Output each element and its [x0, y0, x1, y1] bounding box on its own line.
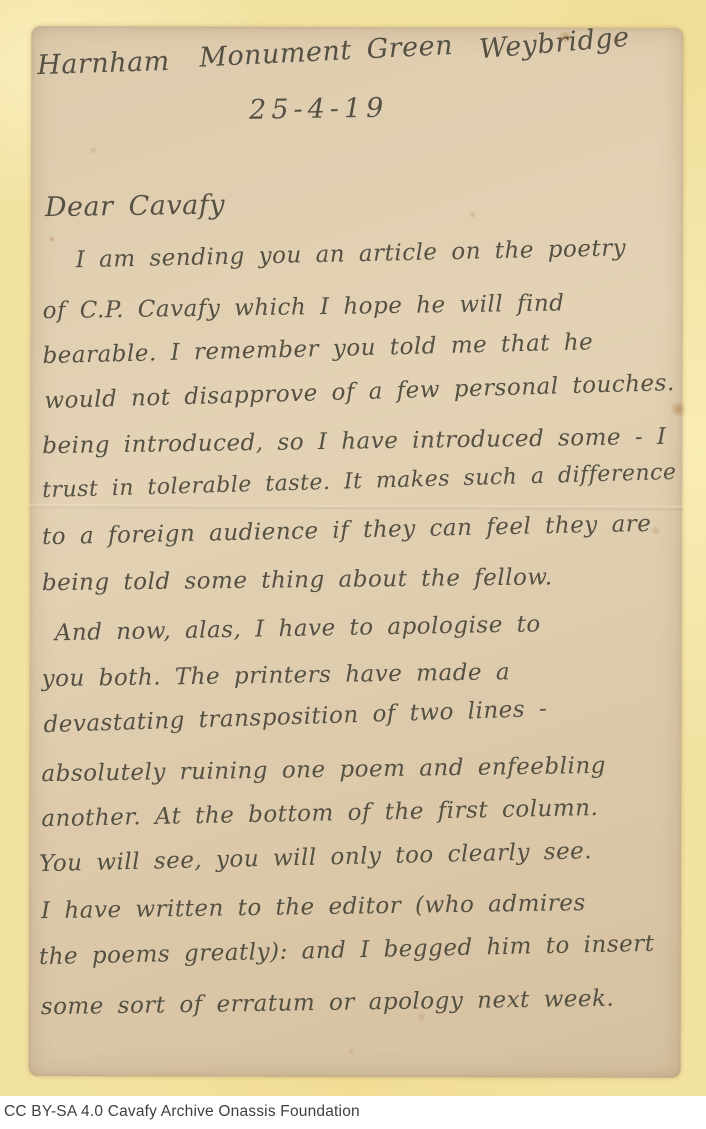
letter-line: I am sending you an article on the poetr…	[75, 235, 626, 273]
stain-spot	[347, 1047, 356, 1055]
letter-line: the poems greatly): and I begged him to …	[39, 931, 655, 970]
stain-spot	[669, 402, 687, 417]
stain-spot	[89, 146, 98, 154]
letter-line: of C.P. Cavafy which I hope he will find	[42, 290, 564, 324]
stain-spot	[469, 211, 476, 218]
salutation: Dear Cavafy	[45, 190, 226, 224]
letter-line: to a foreign audience if they can feel t…	[42, 511, 652, 550]
stain-spot	[650, 526, 661, 535]
address-part-weybridge: Weybridge	[478, 22, 631, 66]
letter-line: absolutely ruining one poem and enfeebli…	[41, 753, 606, 787]
letter-line: being told some thing about the fellow.	[42, 564, 553, 596]
letter-line: And now, alas, I have to apologise to	[55, 611, 541, 646]
address-part-monument-green: Monument Green	[199, 30, 454, 74]
letter-line: being introduced, so I have introduced s…	[42, 424, 667, 459]
letter-line: would not disapprove of a few personal t…	[44, 370, 675, 414]
letter-date: 25-4-19	[249, 93, 389, 126]
credit-bar: CC BY-SA 4.0 Cavafy Archive Onassis Foun…	[0, 1096, 706, 1129]
letter-scan-photo: Harnham Monument Green Weybridge 25-4-19…	[0, 0, 706, 1129]
letter-line: another. At the bottom of the first colu…	[41, 795, 599, 832]
stain-spot	[49, 236, 55, 242]
address-part-harnham: Harnham	[37, 46, 170, 81]
letter-line: bearable. I remember you told me that he	[42, 329, 593, 369]
fold-crease	[30, 504, 682, 510]
credit-text: CC BY-SA 4.0 Cavafy Archive Onassis Foun…	[0, 1096, 360, 1128]
letter-line: trust in tolerable taste. It makes such …	[42, 460, 677, 503]
letter-paper: Harnham Monument Green Weybridge 25-4-19…	[29, 26, 684, 1078]
letter-line: some sort of erratum or apology next wee…	[41, 986, 615, 1021]
letter-line: devastating transposition of two lines -	[43, 696, 547, 738]
letter-line: you both. The printers have made a	[41, 659, 510, 692]
letter-line: I have written to the editor (who admire…	[41, 890, 586, 924]
letter-line: You will see, you will only too clearly …	[39, 838, 592, 877]
